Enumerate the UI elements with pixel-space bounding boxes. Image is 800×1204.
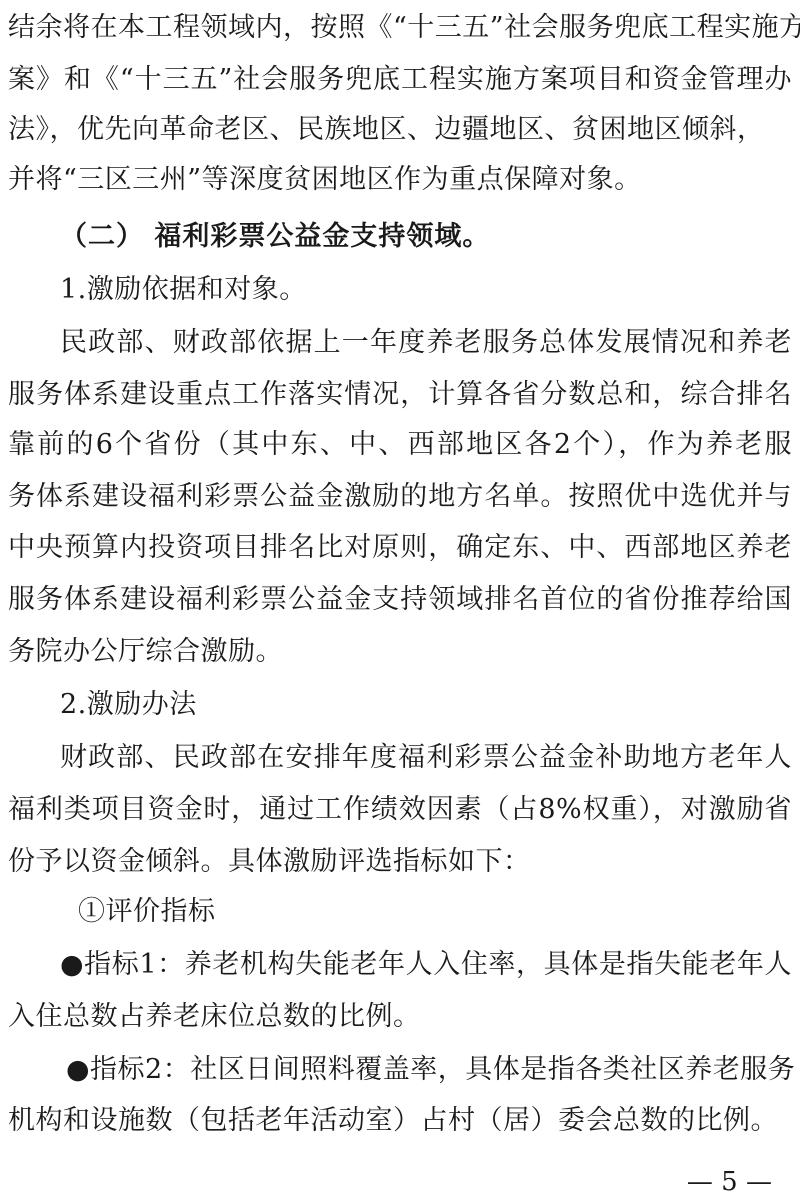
bullet-line: ●指标1：养老机构失能老年人入住率，具体是指失能老年人 (60, 947, 792, 983)
page-number: — 5 — (687, 1164, 772, 1200)
document-page: 结余将在本工程领域内，按照《“十三五”社会服务兜底工程实施方 案》和《“十三五”… (0, 0, 800, 1204)
text-line: 务院办公厅综合激励。 (8, 634, 792, 670)
text-line: 法》，优先向革命老区、民族地区、边疆地区、贫困地区倾斜， (8, 112, 764, 148)
text-line: 结余将在本工程领域内，按照《“十三五”社会服务兜底工程实施方 (8, 10, 792, 46)
item-heading: ①评价指标 (78, 894, 792, 930)
text-line: 并将“三区三州”等深度贫困地区作为重点保障对象。 (8, 162, 792, 198)
text-line: 服务体系建设福利彩票公益金支持领域排名首位的省份推荐给国 (8, 582, 792, 618)
text-line: 案》和《“十三五”社会服务兜底工程实施方案项目和资金管理办 (8, 62, 792, 98)
text-line: 入住总数占养老床位总数的比例。 (8, 999, 792, 1035)
text-line: 机构和设施数（包括老年活动室）占村（居）委会总数的比例。 (8, 1103, 792, 1139)
text-line: 份予以资金倾斜。具体激励评选指标如下： (8, 844, 792, 880)
text-line: 务体系建设福利彩票公益金激励的地方名单。按照优中选优并与 (8, 479, 792, 515)
subheading: 2.激励办法 (60, 687, 792, 723)
text-line: 靠前的6个省份（其中东、中、西部地区各2个），作为养老服 (8, 427, 792, 463)
subheading: 1.激励依据和对象。 (60, 272, 792, 308)
text-line: 民政部、财政部依据上一年度养老服务总体发展情况和养老 (60, 325, 792, 361)
text-line: 财政部、民政部在安排年度福利彩票公益金补助地方老年人 (60, 740, 792, 776)
text-line: 中央预算内投资项目排名比对原则，确定东、中、西部地区养老 (8, 530, 792, 566)
text-line: 服务体系建设重点工作落实情况，计算各省分数总和，综合排名 (8, 377, 792, 413)
text-line: 福利类项目资金时，通过工作绩效因素（占8%权重），对激励省 (8, 792, 792, 828)
section-heading: （二） 福利彩票公益金支持领域。 (60, 219, 792, 255)
bullet-line: ●指标2：社区日间照料覆盖率，具体是指各类社区养老服务 (66, 1052, 792, 1088)
